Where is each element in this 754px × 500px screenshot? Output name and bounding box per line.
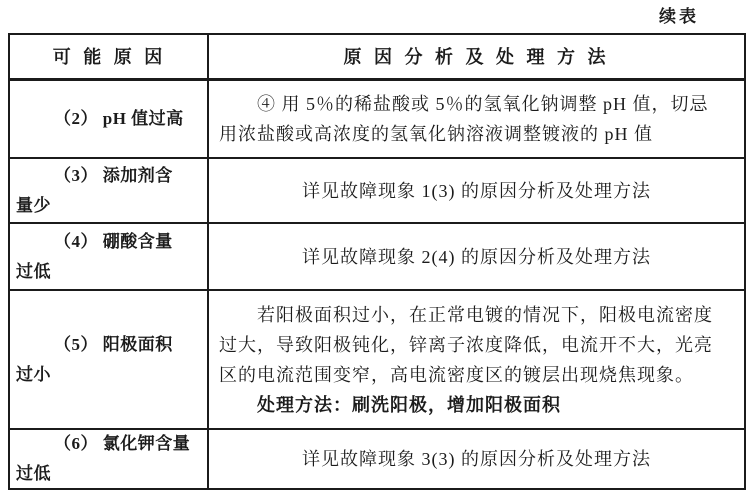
document-page: 续表 可 能 原 因 原 因 分 析 及 处 理 方 法 （2） pH 值过高 … bbox=[0, 0, 754, 500]
analysis-text-line: 详见故障现象 1(3) 的原因分析及处理方法 bbox=[219, 176, 734, 206]
table-row: （6） 氯化钾含量 过低 详见故障现象 3(3) 的原因分析及处理方法 bbox=[10, 428, 744, 488]
analysis-cell: 若阳极面积过小，在正常电镀的情况下，阳极电流密度 过大，导致阳极钝化，锌离子浓度… bbox=[209, 291, 744, 428]
continued-table-label: 续表 bbox=[659, 2, 699, 27]
column-header-cause-label: 可 能 原 因 bbox=[53, 44, 167, 70]
cause-text-line: （5） 阳极面积 bbox=[16, 330, 203, 360]
cause-text-line: 过低 bbox=[16, 257, 203, 287]
analysis-text-line: 详见故障现象 3(3) 的原因分析及处理方法 bbox=[219, 444, 734, 474]
table-row: （3） 添加剂含 量少 详见故障现象 1(3) 的原因分析及处理方法 bbox=[10, 157, 744, 222]
cause-cell: （2） pH 值过高 bbox=[10, 81, 209, 157]
analysis-cell: ④ 用 5％的稀盐酸或 5％的氢氧化钠调整 pH 值，切忌 用浓盐酸或高浓度的氢… bbox=[209, 81, 744, 157]
analysis-text-line: 若阳极面积过小，在正常电镀的情况下，阳极电流密度 bbox=[219, 300, 734, 330]
table-row: （2） pH 值过高 ④ 用 5％的稀盐酸或 5％的氢氧化钠调整 pH 值，切忌… bbox=[10, 78, 744, 157]
cause-text-line: （2） pH 值过高 bbox=[16, 104, 203, 134]
cause-cell: （6） 氯化钾含量 过低 bbox=[10, 430, 209, 488]
analysis-text-line: 用浓盐酸或高浓度的氢氧化钠溶液调整镀液的 pH 值 bbox=[219, 119, 734, 149]
analysis-text-line: 区的电流范围变窄，高电流密度区的镀层出现烧焦现象。 bbox=[219, 360, 734, 390]
analysis-text-line: ④ 用 5％的稀盐酸或 5％的氢氧化钠调整 pH 值，切忌 bbox=[219, 89, 734, 119]
table-header-row: 可 能 原 因 原 因 分 析 及 处 理 方 法 bbox=[10, 35, 744, 78]
cause-cell: （5） 阳极面积 过小 bbox=[10, 291, 209, 428]
cause-text-line: 过小 bbox=[16, 360, 203, 390]
cause-text-line: （6） 氯化钾含量 bbox=[16, 429, 203, 459]
cause-text-line: （3） 添加剂含 bbox=[16, 161, 203, 191]
cause-text-line: 量少 bbox=[16, 191, 203, 221]
column-header-analysis-label: 原 因 分 析 及 处 理 方 法 bbox=[344, 44, 610, 70]
analysis-cell: 详见故障现象 2(4) 的原因分析及处理方法 bbox=[209, 224, 744, 289]
cause-text-line: （4） 硼酸含量 bbox=[16, 227, 203, 257]
table-row: （5） 阳极面积 过小 若阳极面积过小，在正常电镀的情况下，阳极电流密度 过大，… bbox=[10, 289, 744, 428]
analysis-cell: 详见故障现象 1(3) 的原因分析及处理方法 bbox=[209, 159, 744, 222]
analysis-cell: 详见故障现象 3(3) 的原因分析及处理方法 bbox=[209, 430, 744, 488]
analysis-text-line: 详见故障现象 2(4) 的原因分析及处理方法 bbox=[219, 242, 734, 272]
column-header-cause: 可 能 原 因 bbox=[10, 35, 209, 78]
table-row: （4） 硼酸含量 过低 详见故障现象 2(4) 的原因分析及处理方法 bbox=[10, 222, 744, 289]
analysis-text-line: 过大，导致阳极钝化，锌离子浓度降低，电流开不大，光亮 bbox=[219, 330, 734, 360]
cause-cell: （4） 硼酸含量 过低 bbox=[10, 224, 209, 289]
treatment-text-line: 处理方法：刷洗阳极，增加阳极面积 bbox=[219, 390, 734, 420]
troubleshooting-table: 可 能 原 因 原 因 分 析 及 处 理 方 法 （2） pH 值过高 ④ 用… bbox=[8, 33, 746, 490]
cause-cell: （3） 添加剂含 量少 bbox=[10, 159, 209, 222]
cause-text-line: 过低 bbox=[16, 459, 203, 489]
column-header-analysis: 原 因 分 析 及 处 理 方 法 bbox=[209, 35, 744, 78]
